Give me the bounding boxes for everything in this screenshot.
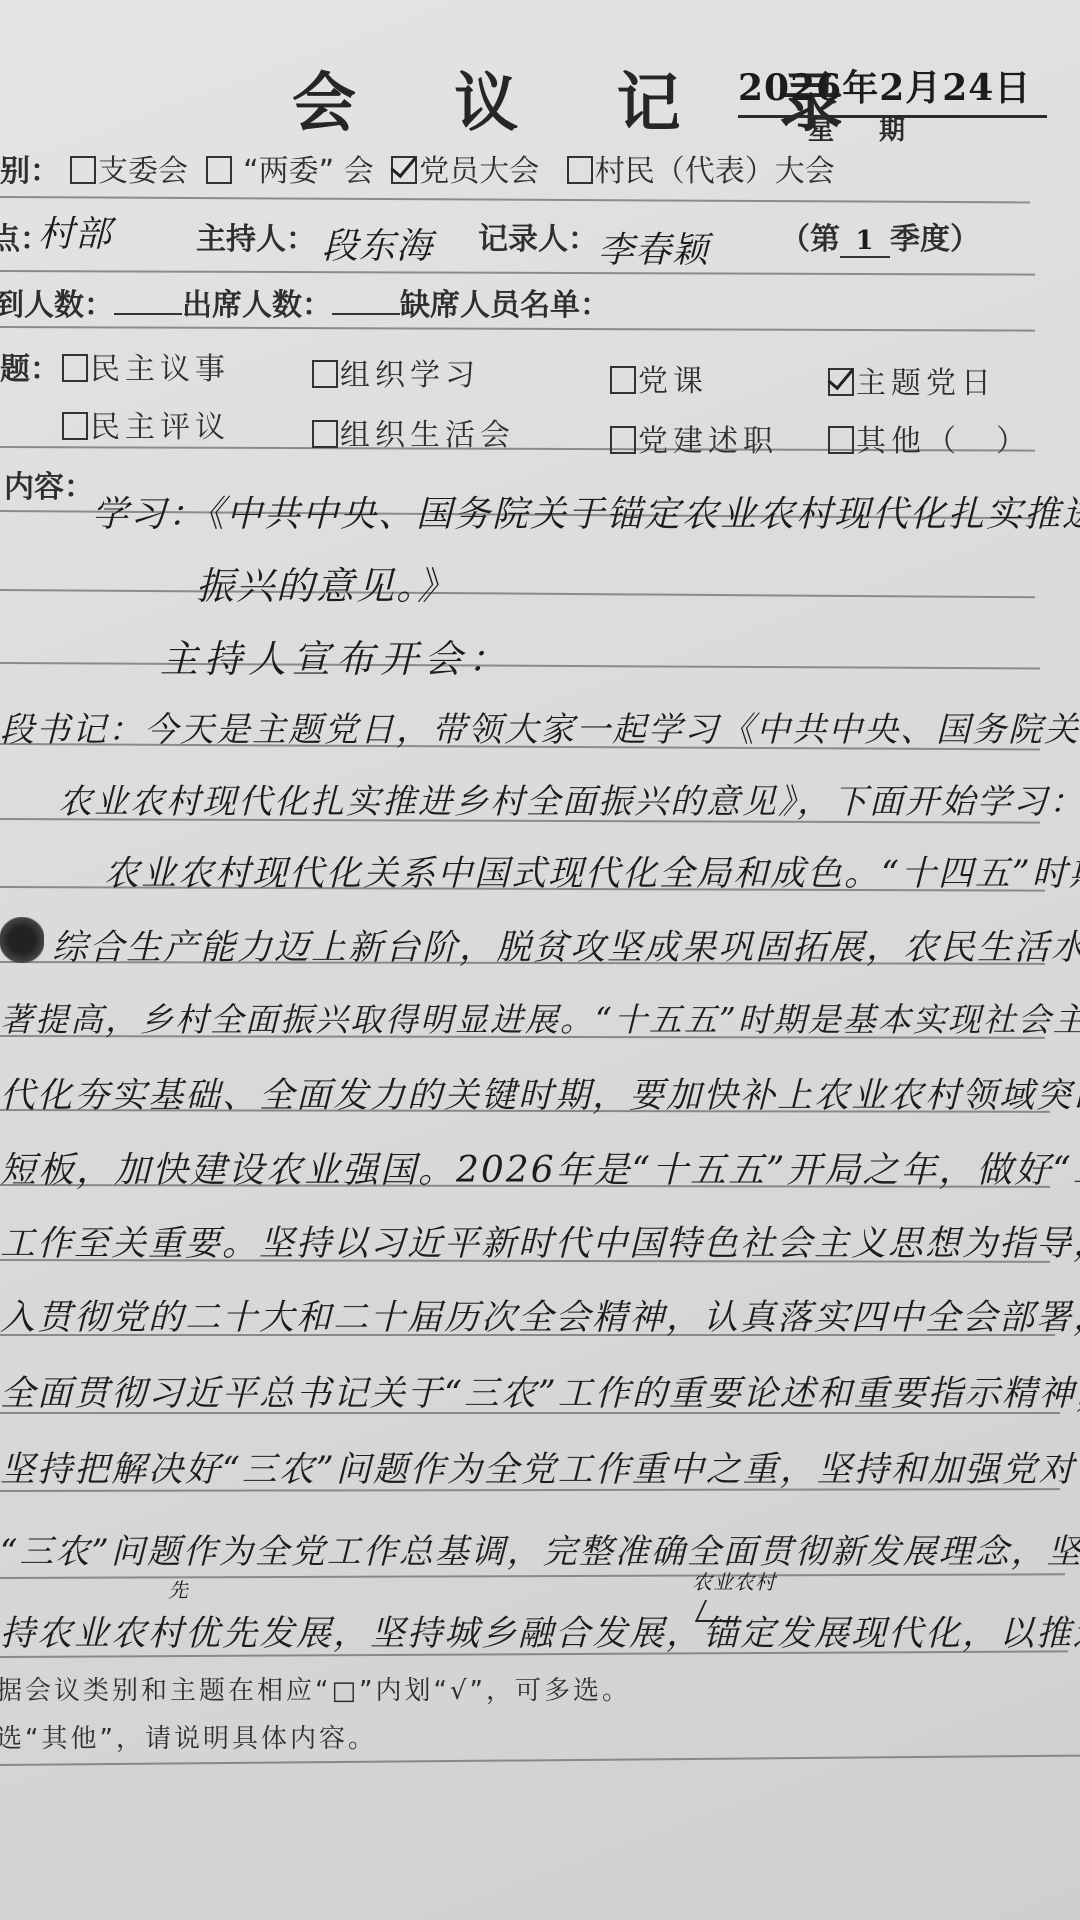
checkbox-party-members-meeting[interactable]: 党员大会: [391, 154, 539, 189]
topic-other[interactable]: 其他（ ）: [828, 416, 1031, 460]
checkbox-icon[interactable]: [567, 156, 593, 184]
content-line: 农业农村现代化扎实推进乡村全面振兴的意见》，下面开始学习：: [58, 774, 1080, 823]
checkbox-liangwei[interactable]: “两委” 会: [206, 154, 374, 189]
location-value: 村部: [38, 206, 112, 257]
footnote: 选“其他”，请说明具体内容。: [0, 1718, 377, 1755]
absent-list-label: 缺席人员名单：: [400, 288, 610, 323]
attendance-row: 到人数：出席人数：缺席人员名单：: [0, 280, 610, 324]
topic-zuzhi-shenghuohui[interactable]: 组织生活会: [312, 410, 515, 454]
content-line: 坚持把解决好“三农”问题作为全党工作重中之重，坚持和加强党对: [0, 1442, 1076, 1492]
insertion-annotation: 农业农村: [692, 1566, 776, 1595]
topic-theme-party-day[interactable]: 主题党日: [828, 358, 996, 402]
recorder-label: 记录人：: [478, 214, 598, 258]
topics-label: 题：: [0, 344, 60, 388]
footnote: 据会议类别和主题在相应“□”内划“√”，可多选。: [0, 1670, 631, 1707]
checkbox-checked-icon[interactable]: [391, 156, 417, 184]
ink-smudge: [0, 917, 44, 963]
rule-line: [0, 326, 1035, 332]
topic-dangke[interactable]: 党课: [610, 356, 708, 400]
expected-count-field[interactable]: [114, 313, 182, 315]
present-count-label: 出席人数：: [182, 288, 332, 323]
checkbox-icon[interactable]: [206, 156, 232, 184]
rule-line: [0, 662, 1040, 669]
content-line: 段书记：今天是主题党日，带领大家一起学习《中共中央、国务院关于锚定: [0, 702, 1080, 751]
recorder-value: 李春颖: [598, 222, 709, 273]
rule-line: [0, 270, 1035, 276]
content-line: “三农”问题作为全党工作总基调，完整准确全面贯彻新发展理念，坚: [0, 1524, 1080, 1573]
meeting-type-label: 别：: [0, 146, 60, 190]
content-line: 持农业农村优先发展，坚持城乡融合发展，锚定发展现代化，以推进乡: [0, 1606, 1080, 1656]
checkbox-zhiweihui[interactable]: 支委会: [70, 154, 188, 189]
content-label: 内容：: [4, 462, 94, 506]
checkbox-icon[interactable]: [610, 426, 636, 454]
content-line: 农业农村现代化关系中国式现代化全局和成色。“十四五”时期，农业: [104, 846, 1080, 896]
content-line: 全面贯彻习近平总书记关于“三农”工作的重要论述和重要指示精神，: [0, 1366, 1080, 1416]
checkbox-villagers-meeting[interactable]: 村民（代表）大会: [567, 154, 835, 189]
topic-zuzhi-xuexi[interactable]: 组织学习: [312, 350, 480, 394]
rule-line: [0, 1573, 1065, 1579]
topic-minzhu-yishi[interactable]: 民主议事: [62, 344, 230, 388]
host-label: 主持人：: [196, 214, 316, 258]
present-count-field[interactable]: [332, 313, 400, 315]
weekday-label: 星 期: [808, 110, 923, 147]
rule-line: [0, 589, 1035, 598]
content-line: 主持人宣布开会：: [160, 628, 512, 683]
rule-line: [0, 196, 1030, 203]
content-line: 学习：《中共中央、国务院关于锚定农业农村现代化扎实推进乡村全面: [92, 486, 1080, 537]
content-line: 振兴的意见。》: [196, 555, 457, 610]
quarter-value: 1: [840, 226, 890, 258]
content-line: 代化夯实基础、全面发力的关键时期，要加快补上农业农村领域突出: [0, 1068, 1080, 1118]
host-value: 段东海: [322, 218, 433, 269]
quarter-field: （第1季度）: [780, 214, 980, 258]
checkbox-icon[interactable]: [312, 360, 338, 388]
content-line: 工作至关重要。坚持以习近平新时代中国特色社会主义思想为指导，深: [0, 1216, 1080, 1266]
meeting-record-page: 会 议 记 录 2026年2月24日 星 期 别： 支委会 “两委” 会 党员大…: [0, 0, 1080, 1920]
checkbox-icon[interactable]: [62, 354, 88, 382]
content-line: 综合生产能力迈上新台阶，脱贫攻坚成果巩固拓展，农民生活水平显: [52, 920, 1080, 970]
topic-minzhu-pingyi[interactable]: 民主评议: [62, 402, 230, 446]
rule-line: [0, 1755, 1080, 1766]
content-line: 著提高，乡村全面振兴取得明显进展。“十五五”时期是基本实现社会主义现: [0, 994, 1080, 1041]
checkbox-icon[interactable]: [610, 366, 636, 394]
checkbox-icon[interactable]: [62, 412, 88, 440]
content-line: 入贯彻党的二十大和二十届历次全会精神，认真落实四中全会部署，: [0, 1290, 1080, 1340]
checkbox-icon[interactable]: [828, 426, 854, 454]
meeting-type-options: 支委会 “两委” 会 党员大会 村民（代表）大会: [70, 146, 835, 190]
topic-dangjian-shuzhi[interactable]: 党建述职: [610, 416, 778, 460]
insertion-annotation: 先: [168, 1574, 189, 1603]
content-line: 短板，加快建设农业强国。2026年是“十五五”开局之年，做好“三农”: [0, 1142, 1080, 1193]
expected-count-label: 到人数：: [0, 288, 114, 323]
checkbox-checked-icon[interactable]: [828, 368, 854, 396]
checkbox-icon[interactable]: [70, 156, 96, 184]
checkbox-icon[interactable]: [312, 420, 338, 448]
